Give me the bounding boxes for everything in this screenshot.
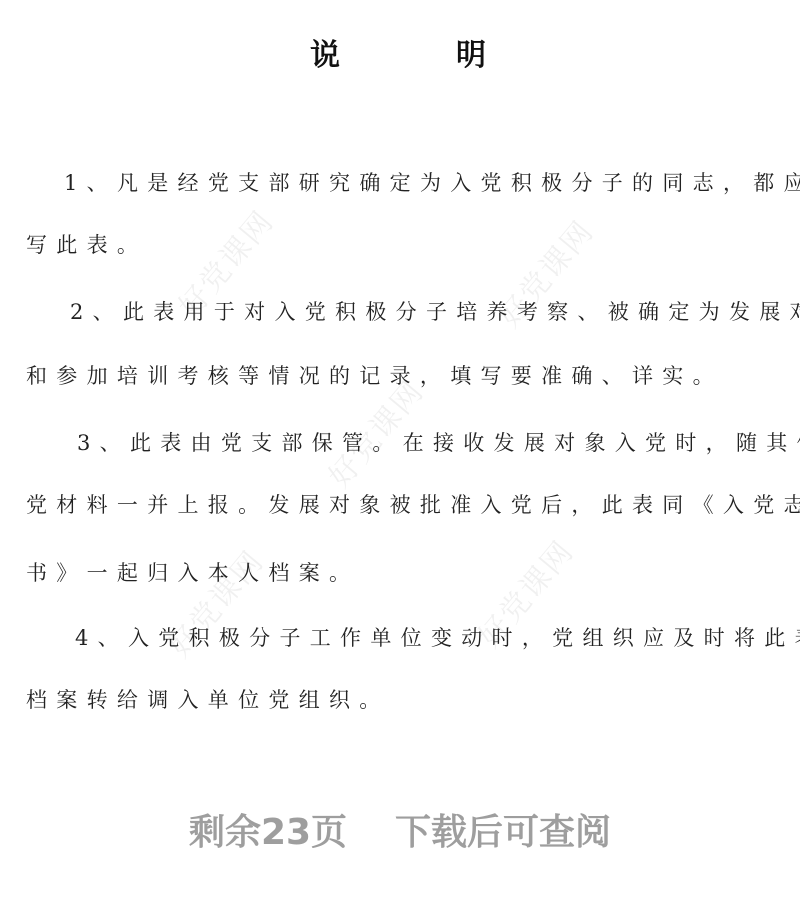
title-char-1: 说 [310,34,340,78]
download-prompt[interactable]: 剩余23页下载后可查阅 [0,808,800,858]
title-char-2: 明 [456,34,486,78]
paragraph-3-line-3: 书》一起归入本人档案。 [26,558,786,588]
paragraph-4-line-1: 4、入党积极分子工作单位变动时，党组织应及时将此表随 [75,623,800,653]
paragraph-2-line-1: 2、此表用于对入党积极分子培养考察、被确定为发展对象 [70,297,800,327]
paragraph-1-line-2: 写此表。 [26,230,786,260]
paragraph-3-line-1: 3、此表由党支部保管。在接收发展对象入党时，随其他入 [77,428,800,458]
remaining-pages-label: 剩余23页 [189,812,347,853]
paragraph-4-line-2: 档案转给调入单位党组织。 [26,685,786,715]
download-hint-label: 下载后可查阅 [395,812,611,853]
paragraph-3-line-2: 党材料一并上报。发展对象被批准入党后，此表同《入党志愿 [26,490,786,520]
paragraph-2-line-2: 和参加培训考核等情况的记录，填写要准确、详实。 [26,361,786,391]
page-title: 说 明 [0,34,800,78]
paragraph-1-line-1: 1、凡是经党支部研究确定为入党积极分子的同志，都应填 [64,168,800,198]
